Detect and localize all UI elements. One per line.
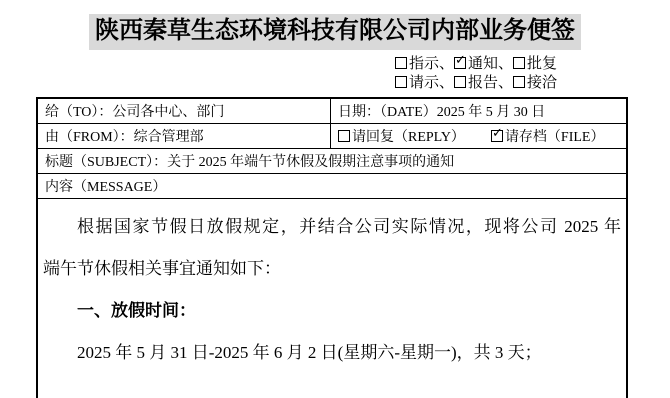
section-1-heading: 一、放假时间： [43,290,621,332]
from-label: 由（FROM）：综合管理部 [45,126,204,146]
checkbox-tongzhi-checked: ✓ [454,57,466,69]
table-row-to-date: 给（TO）：公司各中心、部门 日期：（DATE）2025 年 5 月 30 日 [38,99,626,124]
to-cell: 给（TO）：公司各中心、部门 [38,99,330,123]
check-icon: ✓ [455,54,466,67]
check-icon: ✓ [492,127,503,140]
checkbox-tongzhi-label: 通知、 [468,56,513,72]
to-label: 给（TO）：公司各中心、部门 [45,101,224,121]
checkbox-baogao-label: 报告、 [468,75,513,91]
date-label: 日期：（DATE）2025 年 5 月 30 日 [338,101,545,121]
table-row-from-reply: 由（FROM）：综合管理部 请回复（REPLY）✓请存档（FILE） [38,124,626,149]
checkbox-zhishi-label: 指示、 [409,56,454,72]
checkbox-jieqia [513,76,525,88]
checkbox-qingshi-label: 请示、 [409,75,454,91]
checkbox-zhishi [395,57,407,69]
page-title: 陕西秦草生态环境科技有限公司内部业务便签 [89,14,581,50]
section-1-holiday-dates: 2025 年 5 月 31 日-2025 年 6 月 2 日(星期六-星期一)，… [43,332,621,374]
memo-table: 给（TO）：公司各中心、部门 日期：（DATE）2025 年 5 月 30 日 … [36,97,628,398]
subject-cell: 标题（SUBJECT）：关于 2025 年端午节休假及假期注意事项的通知 [38,149,626,173]
message-header-cell: 内容（MESSAGE） [38,174,626,198]
subject-label: 标题（SUBJECT）：关于 2025 年端午节休假及假期注意事项的通知 [45,151,454,171]
classification-checkboxes: 指示、✓通知、批复 请示、报告、接洽 [395,55,557,93]
file-label: 请存档（FILE） [505,126,605,146]
classification-row-1: 指示、✓通知、批复 [395,55,557,74]
checkbox-jieqia-label: 接洽 [527,75,557,91]
table-row-message-header: 内容（MESSAGE） [38,174,626,199]
title-container: 陕西秦草生态环境科技有限公司内部业务便签 [0,14,670,50]
checkbox-baogao [454,76,466,88]
date-cell: 日期：（DATE）2025 年 5 月 30 日 [330,99,626,123]
checkbox-pifu [513,57,525,69]
message-body: 根据国家节假日放假规定，并结合公司实际情况，现将公司 2025 年 端午节休假相… [38,199,626,374]
checkbox-pifu-label: 批复 [527,56,557,72]
memo-document: 陕西秦草生态环境科技有限公司内部业务便签 指示、✓通知、批复 请示、报告、接洽 … [0,0,670,398]
reply-file-cell: 请回复（REPLY）✓请存档（FILE） [330,124,626,148]
checkbox-reply [338,130,350,142]
table-row-subject: 标题（SUBJECT）：关于 2025 年端午节休假及假期注意事项的通知 [38,149,626,174]
checkbox-qingshi [395,76,407,88]
body-paragraph-line-1: 根据国家节假日放假规定，并结合公司实际情况，现将公司 2025 年 [43,206,621,248]
checkbox-file-checked: ✓ [491,130,503,142]
reply-label: 请回复（REPLY） [352,126,465,146]
message-label: 内容（MESSAGE） [45,176,166,196]
from-cell: 由（FROM）：综合管理部 [38,124,330,148]
classification-row-2: 请示、报告、接洽 [395,74,557,93]
body-paragraph-line-2: 端午节休假相关事宜通知如下： [43,248,621,290]
